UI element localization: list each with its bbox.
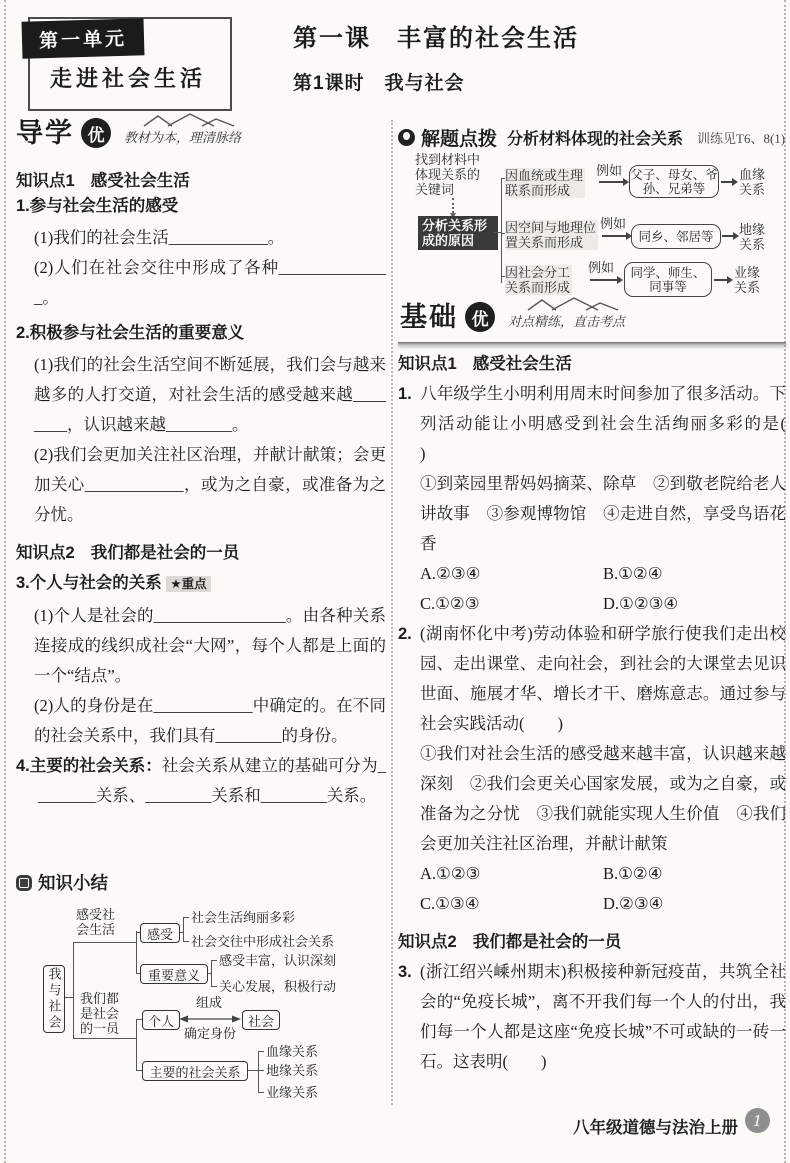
- question-2-number: 2.: [398, 619, 420, 649]
- connector-line: [501, 178, 502, 283]
- left-kp2-heading: 知识点2 我们都是社会的一员: [16, 539, 386, 563]
- connector-line: [211, 986, 217, 987]
- jichu-slogan: 对点精练，直击考点: [508, 311, 625, 330]
- question-3-number: 3.: [398, 957, 420, 987]
- mindmap-root: 我与社会: [43, 965, 65, 1033]
- mindmap-significance-line1: 感受丰富，认识深刻: [219, 953, 336, 968]
- question-1-number: 1.: [398, 379, 420, 409]
- diagram-eg-2: 例如: [600, 216, 626, 231]
- question-2-options-row2: C.①③④ D.②③④: [420, 889, 786, 919]
- question-1-options-row2: C.①②③ D.①②③④: [420, 589, 786, 619]
- mindmap-branch1-label: 感受社会生活: [76, 907, 118, 937]
- left-kp2-label: 知识点2: [16, 539, 75, 563]
- connector-line: [211, 960, 217, 961]
- right-kp1-heading: 知识点1 感受社会生活: [398, 350, 786, 374]
- arrow-right-icon: [599, 181, 624, 183]
- question-3: 3.(浙江绍兴嵊州期末)积极接种新冠疫苗，共筑全社会的“免疫长城”，离不开我们每…: [398, 957, 786, 1077]
- question-2-options-row1: A.①②③ B.①②④: [420, 859, 786, 889]
- lesson-title: 第一课 丰富的社会生活: [293, 18, 579, 53]
- item-1-para-2: (2)人们在社会交往中形成了各种______________。: [34, 253, 386, 313]
- workbook-page: 第一单元 走进社会生活 第一课 丰富的社会生活 第1课时 我与社会 导学 优 教…: [0, 0, 790, 1163]
- question-2: 2.(湖南怀化中考)劳动体验和研学旅行使我们走出校园、走出课堂、走向社会，到社会…: [398, 619, 786, 739]
- option-d: D.②③④: [603, 889, 786, 919]
- item-4-paragraph: 4.主要的社会关系：社会关系从建立的基础可分为________关系、______…: [16, 751, 386, 811]
- item-1-title: 1.参与社会生活的感受: [16, 192, 386, 221]
- mountain-doodle-icon: [526, 296, 622, 312]
- question-1-items: ①到菜园里帮妈妈摘菜、除草 ②到敬老院给老人讲故事 ③参观博物馆 ④走进自然，享…: [420, 469, 786, 559]
- connector-line: [65, 997, 73, 998]
- mindmap-significance-box: 重要意义: [140, 964, 208, 984]
- diagram-eg-1: 例如: [596, 163, 622, 178]
- item-2-para-1: (1)我们的社会生活空间不断延展，我们会与越来越多的人打交道，对社会生活的感受越…: [34, 350, 386, 440]
- connector-line: [183, 917, 189, 918]
- diagram-cause-2: 因空间与地理位置关系而形成: [505, 220, 598, 250]
- question-2-text: (湖南怀化中考)劳动体验和研学旅行使我们走出校园、走出课堂、走向社会，到社会的大…: [420, 624, 786, 733]
- left-kp2-title: 我们都是社会的一员: [91, 539, 240, 563]
- column-divider: [391, 120, 393, 1105]
- diagram-result-3: 业缘关系: [734, 265, 761, 295]
- mindmap-branch2-label: 我们都是社会的一员: [80, 991, 122, 1036]
- question-1: 1.八年级学生小明利用周末时间参加了很多活动。下列活动能让小明感受到社会生活绚丽…: [398, 379, 786, 469]
- daoxue-brand-row: 导学 优 教材为本，理清脉络: [16, 118, 241, 149]
- option-b: B.①②④: [603, 859, 786, 889]
- item-4-title: 4.主要的社会关系：: [16, 751, 162, 781]
- diagram-result-1: 血缘关系: [739, 167, 766, 197]
- unit-tag: 第一单元: [22, 18, 145, 58]
- double-arrow-icon: [179, 1014, 241, 1024]
- diagram-examples-1: 父子、母女、爷孙、兄弟等: [629, 165, 719, 198]
- diagram-examples-3: 同学、师生、同事等: [624, 262, 712, 297]
- summary-heading: 知识小结: [16, 870, 108, 895]
- arrow-right-icon: [722, 235, 734, 237]
- connector-line: [73, 1038, 136, 1039]
- mindmap-relation-geo: 地缘关系: [266, 1063, 318, 1078]
- arrow-right-icon: [590, 279, 618, 281]
- item-3-para-1: (1)个人是社会的________________。由各种关系连接成的线织成社会…: [34, 601, 386, 691]
- connector-line: [73, 942, 74, 1039]
- question-1-options-row1: A.②③④ B.①②④: [420, 559, 786, 589]
- arrow-right-icon: [714, 279, 728, 281]
- mindmap-individual-box: 个人: [142, 1010, 180, 1030]
- connector-line: [211, 960, 212, 986]
- tips-heading: 解题点拨 分析材料体现的社会关系 训练见T6、8(1): [398, 124, 785, 151]
- right-kp2-title: 我们都是社会的一员: [473, 928, 622, 952]
- question-1-text: 八年级学生小明利用周末时间参加了很多活动。下列活动能让小明感受到社会生活绚丽多彩…: [420, 384, 790, 463]
- connector-line: [136, 931, 137, 974]
- mindmap-society-box: 社会: [242, 1010, 280, 1030]
- diagram-cause-1: 因血统或生理联系而形成: [505, 168, 585, 198]
- dotted-down-arrow-icon: [452, 198, 454, 213]
- item-3-title-row: 3.个人与社会的关系 ★重点: [16, 569, 386, 599]
- question-3-text: (浙江绍兴嵊州期末)积极接种新冠疫苗，共筑全社会的“免疫长城”，离不开我们每一个…: [420, 962, 786, 1071]
- summary-title: 知识小结: [38, 870, 108, 895]
- mindmap-relation-blood: 血缘关系: [266, 1044, 318, 1059]
- tips-icon: [398, 129, 415, 146]
- left-edge-divider: [4, 0, 6, 1163]
- option-c: C.①②③: [420, 589, 603, 619]
- mindmap-feel-line1: 社会生活绚丽多彩: [191, 910, 295, 925]
- diagram-eg-3: 例如: [588, 260, 614, 275]
- option-c: C.①③④: [420, 889, 603, 919]
- option-d: D.①②③④: [603, 589, 786, 619]
- mindmap-relations-box: 主要的社会关系: [142, 1061, 248, 1081]
- diagram-result-2: 地缘关系: [739, 222, 766, 252]
- footer-book-title: 八年级道德与法治上册: [573, 1114, 738, 1138]
- summary-seal-icon: [16, 875, 32, 891]
- knowledge-mindmap: 我与社会 感受社会生活 感受 社会生活绚丽多彩 社会交往中形成社会关系 重要意义…: [18, 898, 390, 1105]
- diagram-cause-3: 因社会分工关系而形成: [505, 265, 572, 295]
- connector-line: [73, 942, 136, 943]
- relation-analysis-diagram: 找到材料中体现关系的关键词 分析关系形成的原因 因血统或生理联系而形成 例如 父…: [398, 148, 790, 303]
- connector-line: [258, 1051, 259, 1092]
- diagram-keyword-hint: 找到材料中体现关系的关键词: [415, 152, 483, 197]
- exercise-section: 知识点1 感受社会生活 1.八年级学生小明利用周末时间参加了很多活动。下列活动能…: [398, 350, 786, 1077]
- connector-line: [183, 941, 189, 942]
- question-2-items: ①我们对社会生活的感受越来越丰富，认识越来越深刻 ②我们会更关心国家发展，或为之…: [420, 739, 786, 859]
- right-kp2-heading: 知识点2 我们都是社会的一员: [398, 928, 786, 952]
- daoxue-brand-name: 导学: [16, 119, 74, 149]
- item-2-title: 2.积极参与社会生活的重要意义: [16, 319, 386, 348]
- tips-label: 解题点拨: [421, 124, 497, 151]
- option-b: B.①②④: [603, 559, 786, 589]
- right-kp1-title: 感受社会生活: [473, 350, 572, 374]
- tips-training-ref: 训练见T6、8(1): [697, 128, 785, 147]
- jichu-brand-name: 基础: [400, 303, 458, 333]
- option-a: A.②③④: [420, 559, 603, 589]
- mindmap-feel-line2: 社会交往中形成社会关系: [191, 934, 334, 949]
- section-rule: [398, 342, 786, 345]
- mountain-doodle-icon: [142, 112, 238, 128]
- item-1-para-1: (1)我们的社会生活____________。: [34, 223, 386, 253]
- diagram-cause-box: 分析关系形成的原因: [418, 216, 498, 250]
- item-3-para-2: (2)人的身份是在____________中确定的。在不同的社会关系中，我们具有…: [34, 691, 386, 751]
- item-3-title: 3.个人与社会的关系: [16, 574, 162, 592]
- daoxue-slogan: 教材为本，理清脉络: [124, 127, 241, 146]
- mindmap-significance-line2: 关心发展，积极行动: [219, 979, 336, 994]
- option-a: A.①②③: [420, 859, 603, 889]
- item-2-para-2: (2)我们会更加关注社区治理，并献计献策；会更加关心____________，或…: [34, 440, 386, 530]
- connector-line: [494, 232, 501, 233]
- right-kp2-label: 知识点2: [398, 928, 457, 952]
- guided-study-section: 1.参与社会生活的感受 (1)我们的社会生活____________。 (2)人…: [16, 186, 386, 811]
- diagram-examples-2: 同乡、邻居等: [631, 224, 721, 249]
- connector-line: [246, 1070, 264, 1071]
- page-number-badge: 1: [745, 1108, 770, 1133]
- connector-line: [136, 1019, 137, 1070]
- connector-line: [258, 1092, 264, 1093]
- jichu-brand-badge: 优: [465, 302, 495, 332]
- mindmap-identity-label: 确定身份: [184, 1026, 236, 1041]
- key-point-badge: ★重点: [166, 576, 210, 592]
- daoxue-brand-badge: 优: [81, 118, 111, 148]
- right-kp1-label: 知识点1: [398, 350, 457, 374]
- mindmap-feel-box: 感受: [140, 923, 180, 943]
- period-title: 第1课时 我与社会: [293, 68, 465, 95]
- connector-line: [183, 917, 184, 942]
- jichu-brand-row: 基础 优 对点精练，直击考点: [400, 302, 625, 333]
- tips-subtitle: 分析材料体现的社会关系: [507, 126, 683, 149]
- mindmap-compose-label: 组成: [196, 995, 222, 1010]
- connector-line: [258, 1051, 264, 1052]
- arrow-right-icon: [602, 235, 627, 237]
- mindmap-relation-work: 业缘关系: [266, 1085, 318, 1100]
- unit-title: 走进社会生活: [28, 62, 228, 93]
- arrow-right-icon: [721, 181, 733, 183]
